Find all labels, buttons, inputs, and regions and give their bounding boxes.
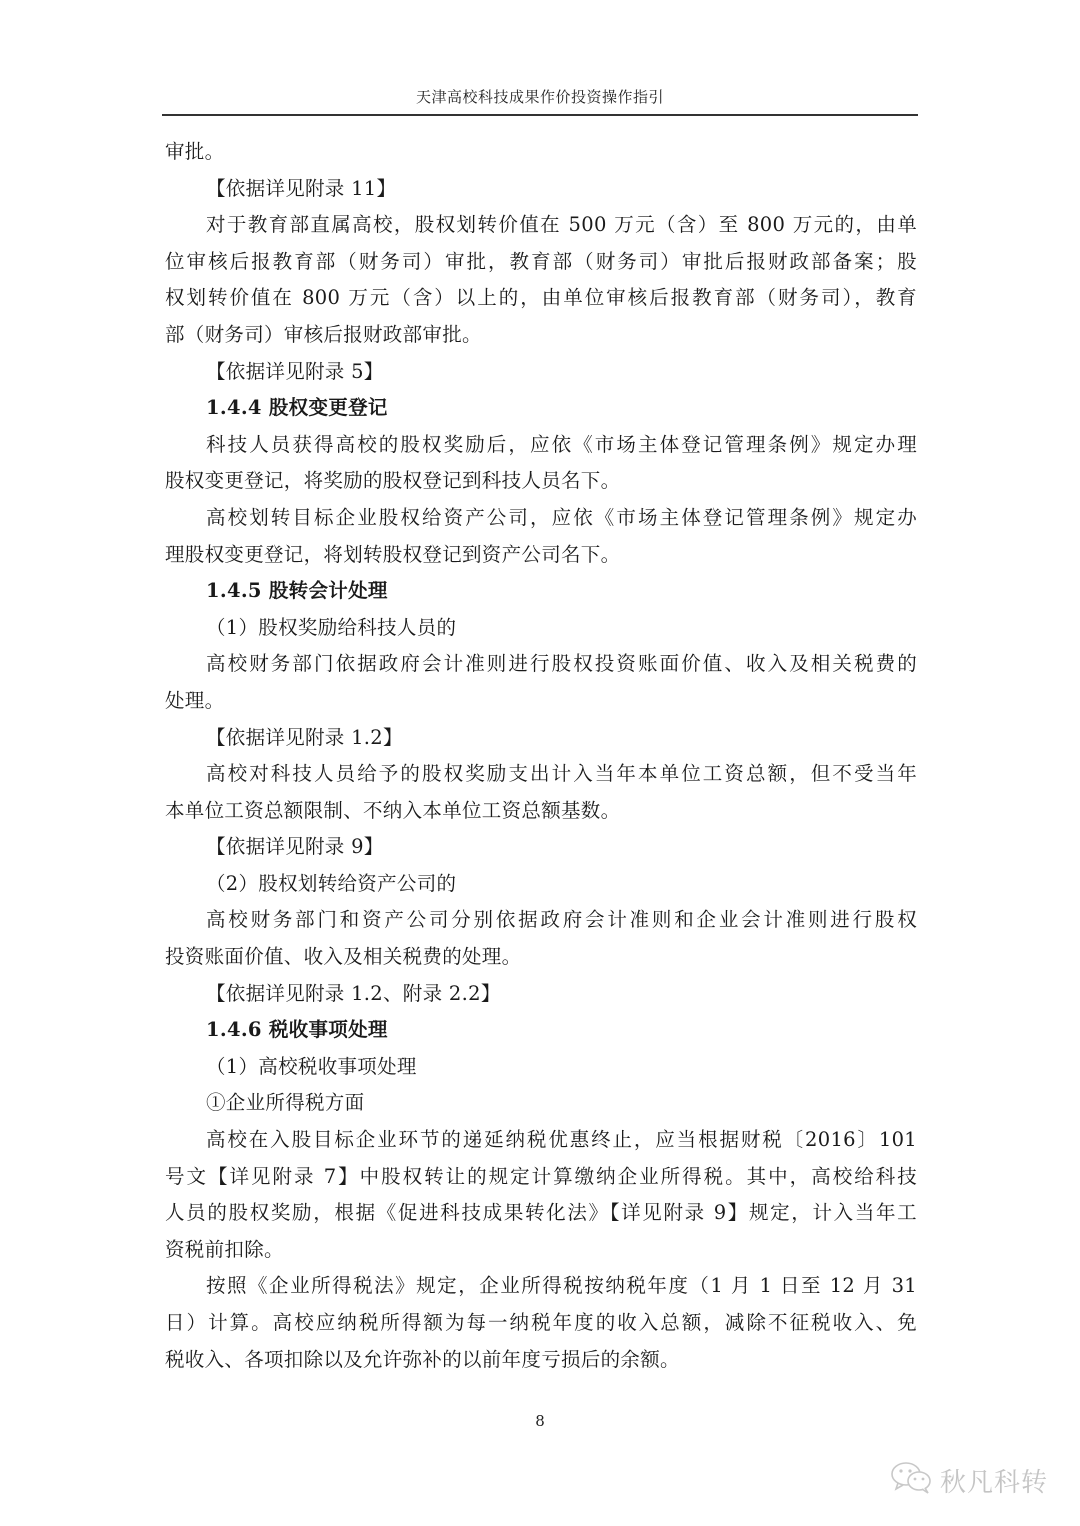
text-line: 【依据详见附录 1.2】 [165,720,917,757]
text-line: 人员的股权奖励，根据《促进科技成果转化法》【详见附录 9】规定，计入当年工 [165,1195,917,1232]
text-line: 税收入、各项扣除以及允许弥补的以前年度亏损后的余额。 [165,1342,917,1379]
text-line: 高校对科技人员给予的股权奖励支出计入当年本单位工资总额，但不受当年 [165,756,917,793]
text-line: 位审核后报教育部（财务司）审批，教育部（财务司）审批后报财政部备案；股 [165,244,917,281]
text-line: 资税前扣除。 [165,1232,917,1269]
watermark-text: 秋凡科转 [940,1462,1048,1499]
text-line: 按照《企业所得税法》规定，企业所得税按纳税年度（1 月 1 日至 12 月 31 [165,1268,917,1305]
text-line: 【依据详见附录 9】 [165,829,917,866]
section-heading: 1.4.5 股转会计处理 [165,573,917,610]
text-line: 本单位工资总额限制、不纳入本单位工资总额基数。 [165,793,917,830]
document-body: 审批。【依据详见附录 11】对于教育部直属高校，股权划转价值在 500 万元（含… [165,134,917,1378]
text-line: 高校财务部门和资产公司分别依据政府会计准则和企业会计准则进行股权 [165,902,917,939]
page-number: 8 [0,1412,1080,1430]
text-line: （1）股权奖励给科技人员的 [165,610,917,647]
text-line: 处理。 [165,683,917,720]
text-line: （1）高校税收事项处理 [165,1049,917,1086]
text-line: （2）股权划转给资产公司的 [165,866,917,903]
text-line: 股权变更登记，将奖励的股权登记到科技人员名下。 [165,463,917,500]
text-line: 高校财务部门依据政府会计准则进行股权投资账面价值、收入及相关税费的 [165,646,917,683]
section-heading: 1.4.4 股权变更登记 [165,390,917,427]
text-line: 投资账面价值、收入及相关税费的处理。 [165,939,917,976]
watermark: 秋凡科转 [890,1460,1048,1500]
text-line: 高校划转目标企业股权给资产公司，应依《市场主体登记管理条例》规定办 [165,500,917,537]
text-line: 高校在入股目标企业环节的递延纳税优惠终止，应当根据财税〔2016〕101 [165,1122,917,1159]
wechat-icon [890,1460,934,1500]
text-line: 对于教育部直属高校，股权划转价值在 500 万元（含）至 800 万元的，由单 [165,207,917,244]
text-line: 【依据详见附录 5】 [165,354,917,391]
text-line: 部（财务司）审核后报财政部审批。 [165,317,917,354]
text-line: 审批。 [165,134,917,171]
text-line: 权划转价值在 800 万元（含）以上的，由单位审核后报教育部（财务司），教育 [165,280,917,317]
section-heading: 1.4.6 税收事项处理 [165,1012,917,1049]
text-line: 科技人员获得高校的股权奖励后，应依《市场主体登记管理条例》规定办理 [165,427,917,464]
text-line: 号文【详见附录 7】中股权转让的规定计算缴纳企业所得税。其中，高校给科技 [165,1159,917,1196]
text-line: 日）计算。高校应纳税所得额为每一纳税年度的收入总额，减除不征税收入、免 [165,1305,917,1342]
text-line: 【依据详见附录 11】 [165,171,917,208]
running-header: 天津高校科技成果作价投资操作指引 [162,86,918,107]
text-line: 【依据详见附录 1.2、附录 2.2】 [165,976,917,1013]
text-line: 理股权变更登记，将划转股权登记到资产公司名下。 [165,537,917,574]
text-line: ①企业所得税方面 [165,1085,917,1122]
header-rule [162,114,918,116]
